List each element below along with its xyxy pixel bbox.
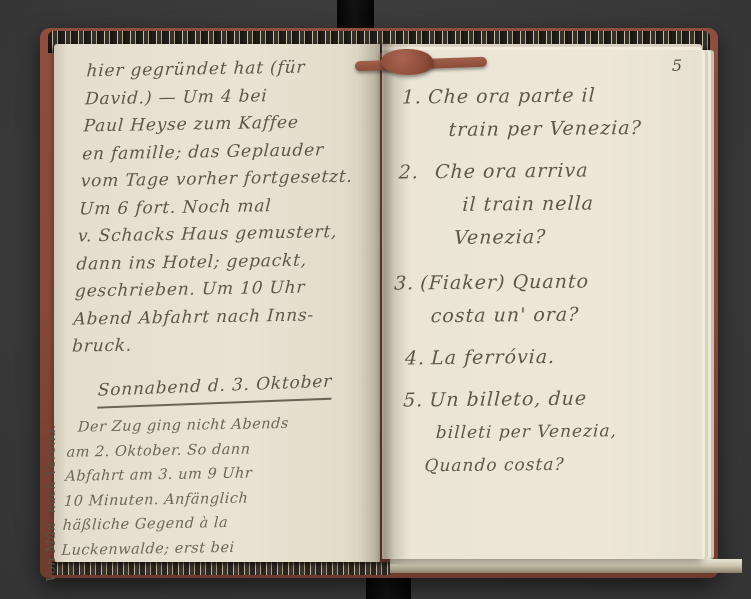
handwriting-text: Un billeto, due — [429, 388, 588, 412]
ribbon-bookmark-knot — [381, 49, 433, 75]
handwriting-line: vom Tage vorher fortgesetzt. — [80, 163, 381, 196]
handwriting-line: 3.(Fiaker) Quanto — [393, 264, 694, 300]
handwriting-line: billeti per Venezia, — [435, 414, 688, 450]
handwriting-text: Che ora arriva — [434, 160, 588, 184]
list-item-number: 3. — [394, 272, 415, 294]
margin-note: Von Mün- nach Verona. — [42, 382, 78, 582]
handwriting-line: 5.Un billeto, due — [403, 381, 690, 417]
phrase-item-3: 3.(Fiaker) Quanto costa un' ora? — [392, 264, 695, 333]
bottom-page-edge-right — [390, 559, 742, 573]
handwriting-text: Che ora parte il — [428, 84, 597, 108]
handwriting-line: 2.Che ora arriva — [398, 153, 699, 189]
left-page-text: hier gegründet hat (für David.) — Um 4 b… — [61, 53, 387, 563]
marbled-bottom-page-edge — [52, 562, 390, 575]
page-number: 5 — [672, 56, 682, 75]
handwriting-line: 1.Che ora parte il — [401, 78, 702, 114]
handwriting-line: v. Schacks Haus gemustert, — [77, 218, 378, 251]
handwriting-line: Luckenwalde; erst bei — [61, 533, 362, 563]
list-item-number: 2. — [398, 161, 419, 183]
list-item-number: 1. — [401, 86, 422, 108]
handwriting-line: 4.La ferróvia. — [404, 339, 691, 375]
handwriting-text: (Fiaker) Quanto — [420, 271, 590, 295]
handwriting-line: Venezia? — [453, 219, 696, 255]
list-item-number: 5. — [403, 389, 424, 411]
right-page: 5 1.Che ora parte il train per Venezia? … — [382, 50, 702, 559]
diary-entry-body: Der Zug ging nicht Abends am 2. Oktober.… — [61, 410, 369, 562]
left-page: hier gegründet hat (für David.) — Um 4 b… — [54, 44, 380, 562]
notebook: hier gegründet hat (für David.) — Um 4 b… — [40, 28, 718, 578]
handwriting-line: Quando costa? — [424, 448, 687, 484]
phrase-item-1: 1.Che ora parte il train per Venezia? — [400, 78, 703, 147]
phrase-item-5: 5.Un billeto, due billeti per Venezia, Q… — [386, 381, 690, 483]
phrase-item-2: 2.Che ora arriva il train nella Venezia? — [395, 153, 699, 255]
diary-entry-heading: Sonnabend d. 3. Oktober — [97, 368, 332, 408]
handwriting-line: costa un' ora? — [430, 297, 693, 333]
handwriting-line: il train nella — [462, 186, 698, 221]
list-item-number: 4. — [405, 347, 426, 369]
phrase-item-4: 4.La ferróvia. — [390, 339, 691, 375]
handwriting-text: La ferróvia. — [431, 346, 556, 369]
handwriting-line: train per Venezia? — [448, 111, 701, 147]
photo-background: hier gegründet hat (für David.) — Um 4 b… — [0, 0, 751, 599]
right-page-text: 1.Che ora parte il train per Venezia? 2.… — [385, 78, 702, 492]
